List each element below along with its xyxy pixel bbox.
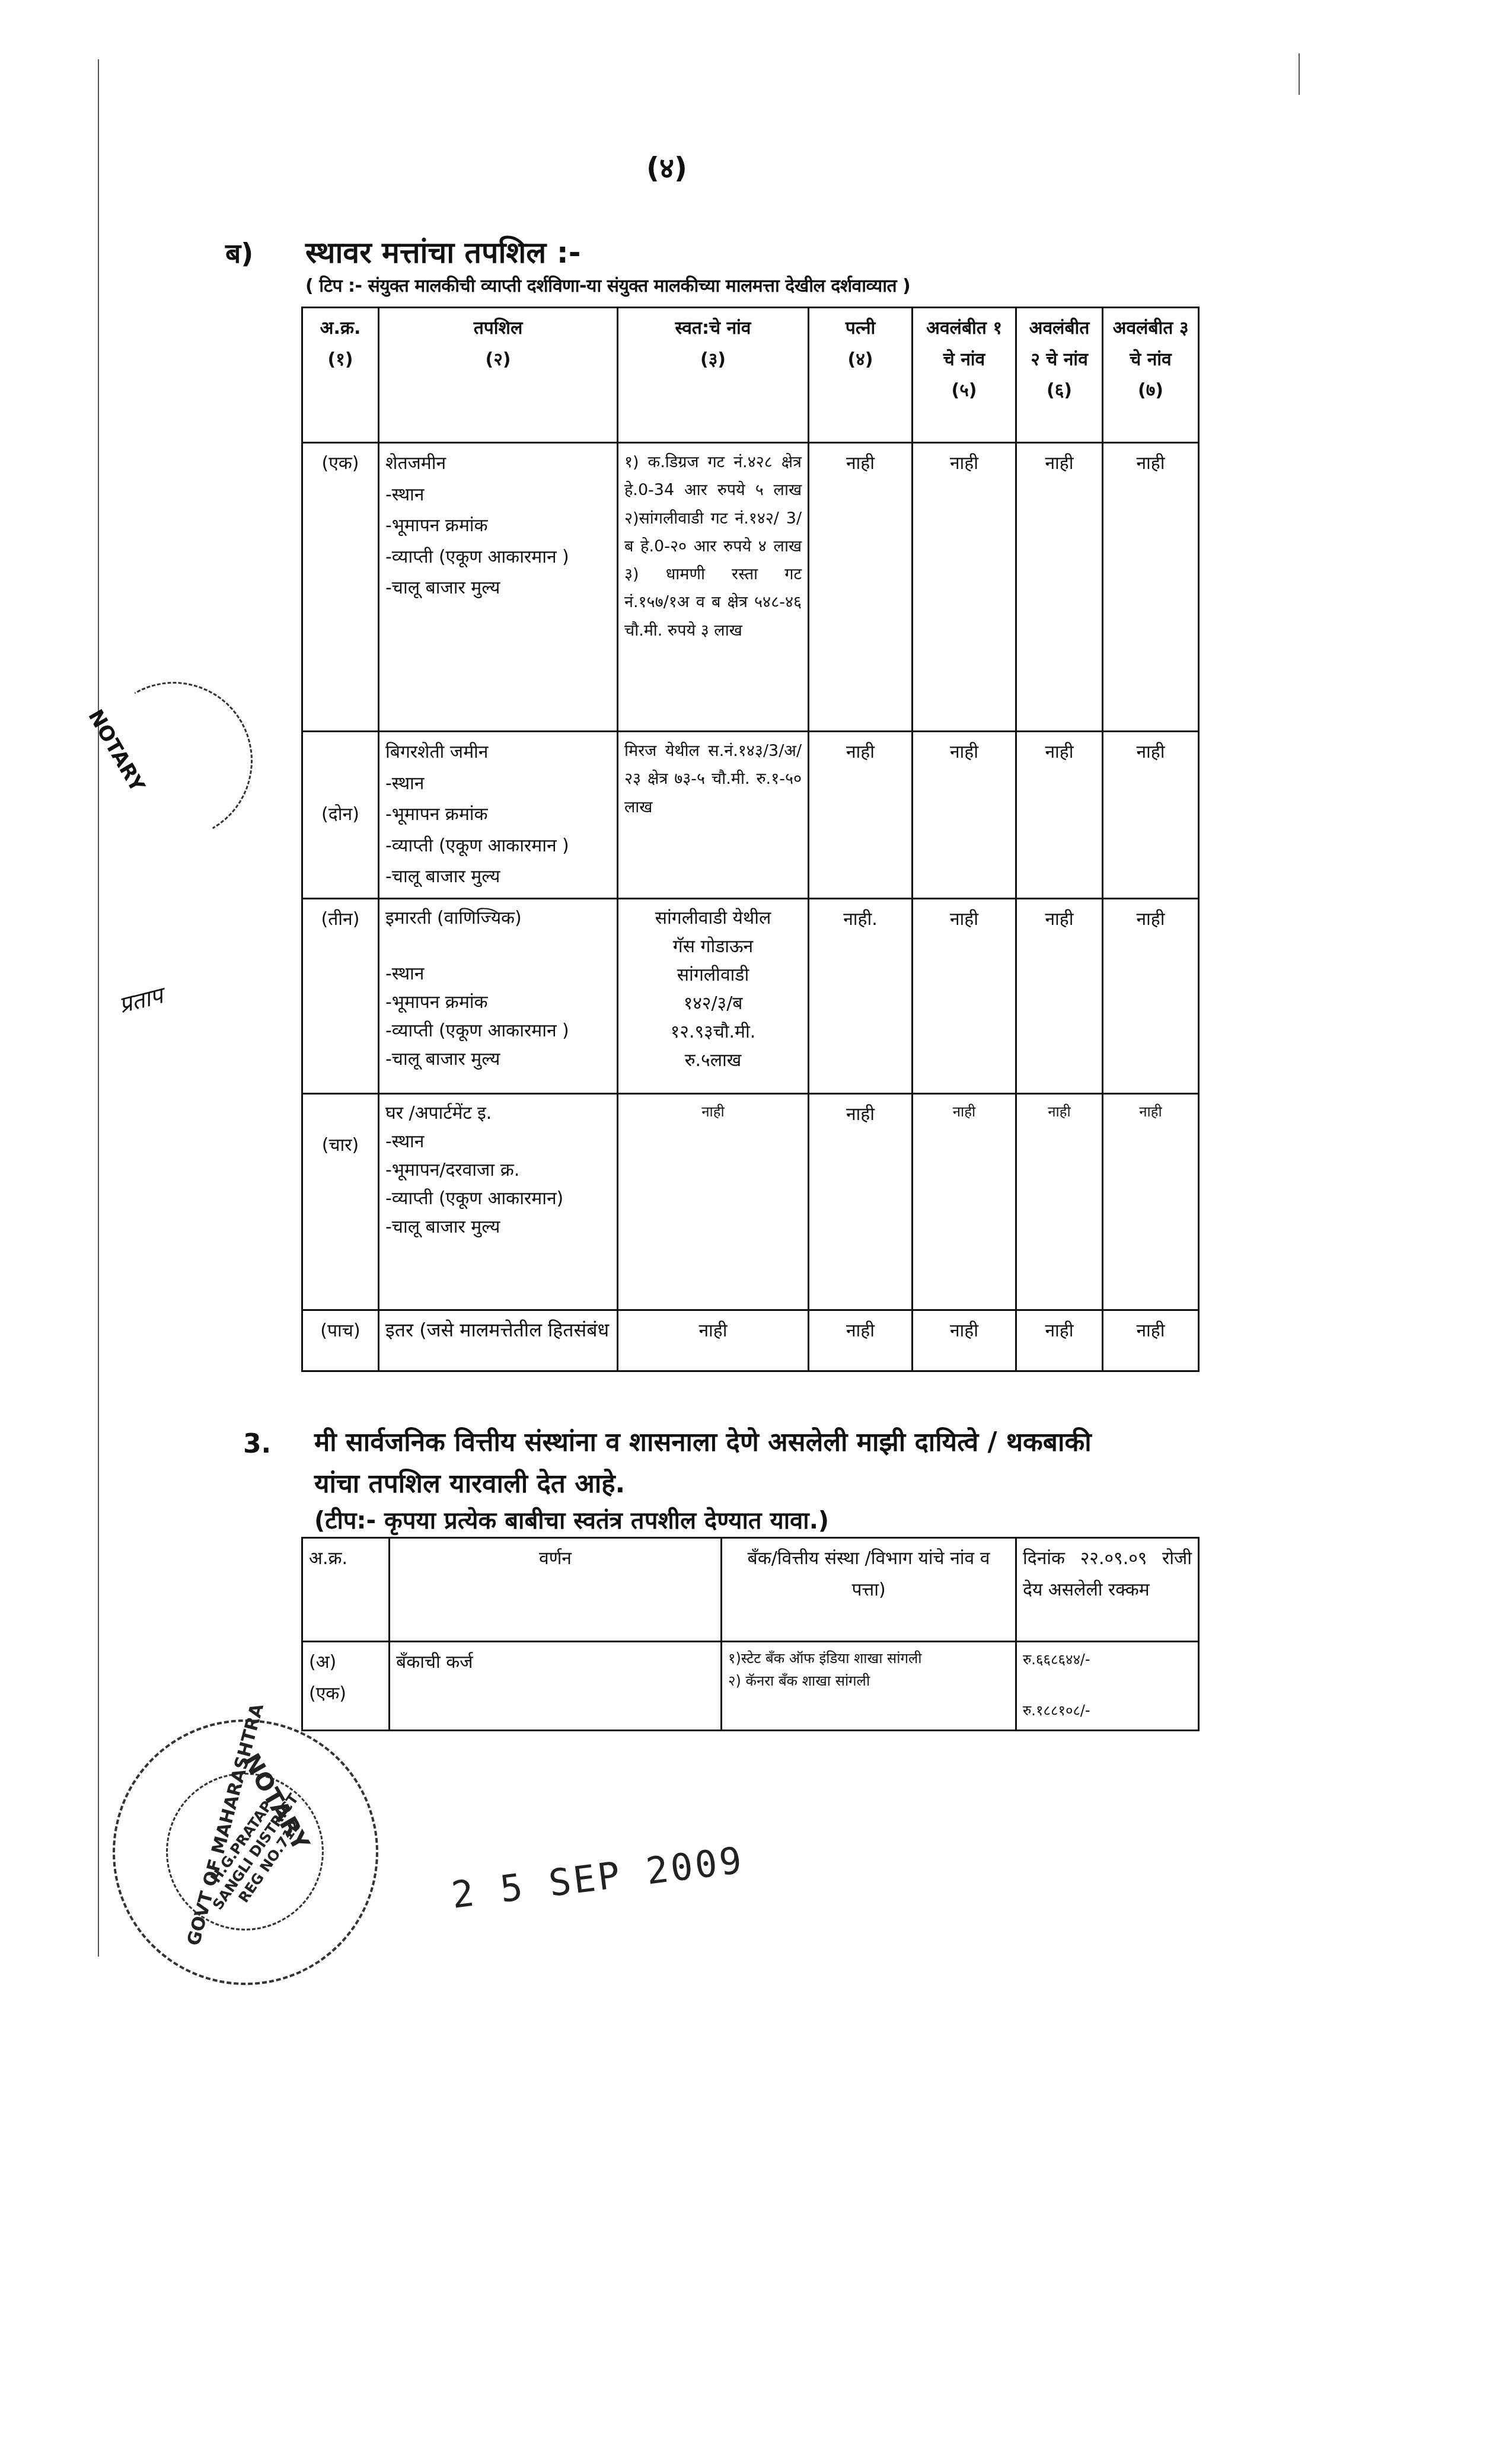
dep1-cell: नाही [913,1310,1016,1371]
dep2-cell: नाही [1016,898,1103,1093]
details-cell: बिगरशेती जमीन -स्थान -भूमापन क्रमांक -व्… [379,732,618,899]
self-cell: नाही [618,1310,809,1371]
dep3-cell: नाही [1103,443,1199,732]
spouse-cell: नाही [809,443,913,732]
details-cell: शेतजमीन -स्थान -भूमापन क्रमांक -व्याप्ती… [379,443,618,732]
header-cell: अ.क्र. [302,1538,390,1642]
section-title: स्थावर मत्तांचा तपशिल :- [305,231,580,272]
self-cell: १) क.डिग्रज गट नं.४२८ क्षेत्र हे.0-34 आर… [618,443,809,732]
amount-cell: रु.६६८६४४/- रु.१८८१०८/- [1016,1642,1199,1731]
dep3-cell: नाही [1103,1093,1199,1310]
signature: प्रताप [116,979,166,1020]
dep2-cell: नाही [1016,732,1103,899]
header-cell: दिनांक २२.०९.०९ रोजी देय असलेली रक्कम [1016,1538,1199,1642]
dep1-cell: नाही [913,732,1016,899]
dep2-cell: नाही [1016,1093,1103,1310]
self-cell: नाही [618,1093,809,1310]
header-cell: स्वत:चे नांव(३) [618,308,809,443]
header-cell: अ.क्र.(१) [302,308,379,443]
self-cell: सांगलीवाडी येथील गॅस गोडाऊन सांगलीवाडी १… [618,898,809,1093]
header-cell: वर्णन [390,1538,722,1642]
liabilities-table: अ.क्र. वर्णन बँक/वित्तीय संस्था /विभाग य… [301,1537,1200,1731]
paragraph-number: 3. [243,1429,271,1459]
table-row: (पाच) इतर (जसे मालमत्तेतील हितसंबंध नाही… [302,1310,1199,1371]
paragraph-line-1: मी सार्वजनिक वित्तीय संस्थांना व शासनाला… [314,1423,1092,1459]
dep3-cell: नाही [1103,732,1199,899]
header-cell: अवलंबीत २ चे नांव(६) [1016,308,1103,443]
table-row: (एक) शेतजमीन -स्थान -भूमापन क्रमांक -व्य… [302,443,1199,732]
sr-cell: (पाच) [302,1310,379,1371]
header-cell: अवलंबीत १ चे नांव(५) [913,308,1016,443]
table-header-row: अ.क्र. वर्णन बँक/वित्तीय संस्था /विभाग य… [302,1538,1199,1642]
institution-cell: १)स्टेट बँक ऑफ इंडिया शाखा सांगली २) कॅन… [722,1642,1016,1731]
header-cell: तपशिल(२) [379,308,618,443]
table-row: (चार) घर /अपार्टमेंट इ. -स्थान -भूमापन/द… [302,1093,1199,1310]
table-header-row: अ.क्र.(१) तपशिल(२) स्वत:चे नांव(३) पत्नी… [302,308,1199,443]
page-number: (४) [646,148,687,187]
dep2-cell: नाही [1016,1310,1103,1371]
details-cell: घर /अपार्टमेंट इ. -स्थान -भूमापन/दरवाजा … [379,1093,618,1310]
dep3-cell: नाही [1103,1310,1199,1371]
date-stamp: 2 5 SEP 2009 [449,1838,746,1917]
sr-cell: (तीन) [302,898,379,1093]
dep1-cell: नाही [913,443,1016,732]
header-cell: अवलंबीत ३ चे नांव(७) [1103,308,1199,443]
section-label: ब) [225,234,253,271]
table-row: (अ) (एक) बँकाची कर्ज १)स्टेट बँक ऑफ इंडि… [302,1642,1199,1731]
left-margin-seal [77,664,270,857]
description-cell: बँकाची कर्ज [390,1642,722,1731]
self-cell: मिरज येथील स.नं.१४३/3/अ/२३ क्षेत्र ७३-५ … [618,732,809,899]
spouse-cell: नाही [809,732,913,899]
spouse-cell: नाही [809,1093,913,1310]
sr-cell: (एक) [302,443,379,732]
dep1-cell: नाही [913,1093,1016,1310]
header-cell: पत्नी(४) [809,308,913,443]
spouse-cell: नाही. [809,898,913,1093]
sr-cell: (अ) (एक) [302,1642,390,1731]
dep2-cell: नाही [1016,443,1103,732]
dep3-cell: नाही [1103,898,1199,1093]
sr-cell: (चार) [302,1093,379,1310]
paragraph-line-2: यांचा तपशिल यारवाली देत आहे. [314,1464,625,1500]
table-row: (तीन) इमारती (वाणिज्यिक) -स्थान -भूमापन … [302,898,1199,1093]
section-note: ( टिप :- संयुक्त मालकीची व्याप्ती दर्शवि… [305,273,910,297]
header-cell: बँक/वित्तीय संस्था /विभाग यांचे नांव व प… [722,1538,1016,1642]
scan-margin-mark [1299,53,1300,95]
paragraph-note: (टीप:- कृपया प्रत्येक बाबीचा स्वतंत्र तप… [314,1503,829,1536]
sr-cell: (दोन) [302,732,379,899]
details-cell: इमारती (वाणिज्यिक) -स्थान -भूमापन क्रमां… [379,898,618,1093]
spouse-cell: नाही [809,1310,913,1371]
immovable-assets-table: अ.क्र.(१) तपशिल(२) स्वत:चे नांव(३) पत्नी… [301,307,1200,1372]
dep1-cell: नाही [913,898,1016,1093]
scan-margin-line [98,59,99,1957]
details-cell: इतर (जसे मालमत्तेतील हितसंबंध [379,1310,618,1371]
table-row: (दोन) बिगरशेती जमीन -स्थान -भूमापन क्रमा… [302,732,1199,899]
